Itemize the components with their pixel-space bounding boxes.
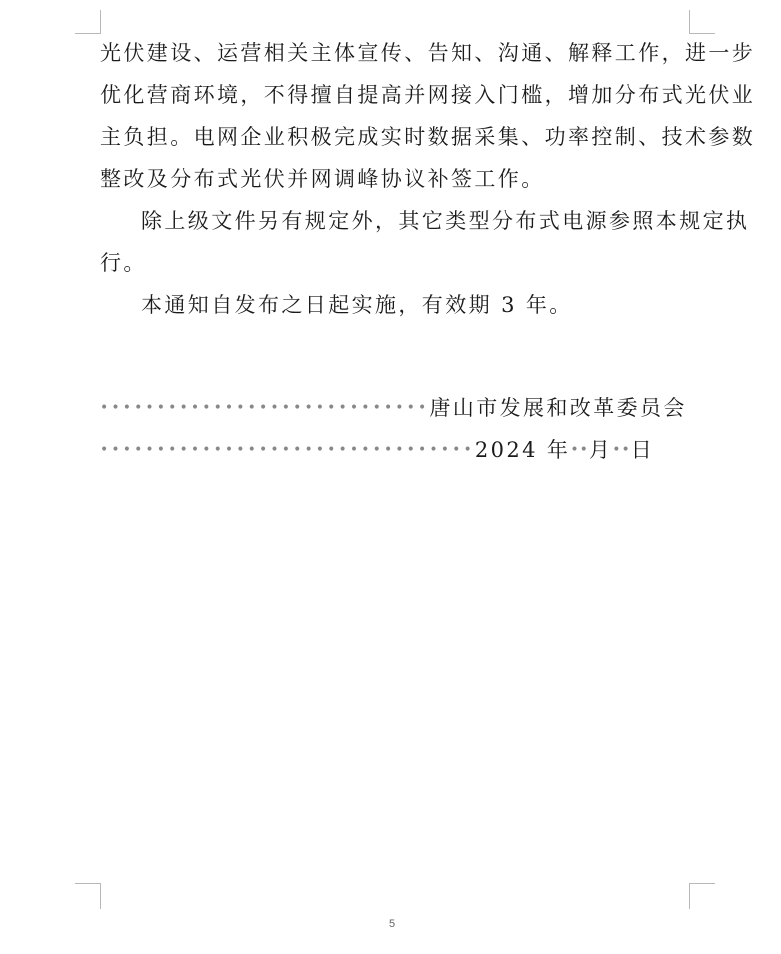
signature-organization-line: •••••••••••••••••••••••••••••唐山市发展和改革委员会 — [100, 391, 687, 425]
paragraph-1-line-2: 优化营商环境，不得擅自提高并网接入门槛，增加分布式光伏业 — [100, 78, 690, 120]
signature-date-line: •••••••••••••••••••••••••••••••••2024 年•… — [100, 433, 654, 467]
signature-month: 月 — [589, 438, 612, 462]
paragraph-2-line-1: 除上级文件另有规定外，其它类型分布式电源参照本规定执 — [100, 204, 690, 246]
placeholder-dots: •• — [570, 442, 589, 458]
leader-dots: ••••••••••••••••••••••••••••• — [100, 400, 429, 416]
body-text: 光伏建设、运营相关主体宣传、告知、沟通、解释工作，进一步 优化营商环境，不得擅自… — [100, 36, 690, 330]
signature-year: 2024 年 — [475, 438, 571, 462]
paragraph-2-line-2: 行。 — [100, 246, 690, 288]
crop-mark-top-left — [75, 10, 101, 34]
crop-mark-bottom-right — [689, 883, 715, 909]
placeholder-dots: •• — [612, 442, 631, 458]
signature-organization: 唐山市发展和改革委员会 — [429, 396, 686, 420]
page-number: 5 — [389, 918, 395, 930]
paragraph-1-line-4: 整改及分布式光伏并网调峰协议补签工作。 — [100, 162, 690, 204]
document-page: 光伏建设、运营相关主体宣传、告知、沟通、解释工作，进一步 优化营商环境，不得擅自… — [0, 0, 781, 954]
paragraph-1-line-3: 主负担。电网企业积极完成实时数据采集、功率控制、技术参数 — [100, 120, 690, 162]
leader-dots: ••••••••••••••••••••••••••••••••• — [100, 442, 475, 458]
paragraph-1-line-1: 光伏建设、运营相关主体宣传、告知、沟通、解释工作，进一步 — [100, 36, 690, 78]
signature-day: 日 — [631, 438, 654, 462]
crop-mark-top-right — [689, 10, 715, 34]
paragraph-3-line-1: 本通知自发布之日起实施，有效期 3 年。 — [100, 288, 690, 330]
crop-mark-bottom-left — [75, 883, 101, 909]
